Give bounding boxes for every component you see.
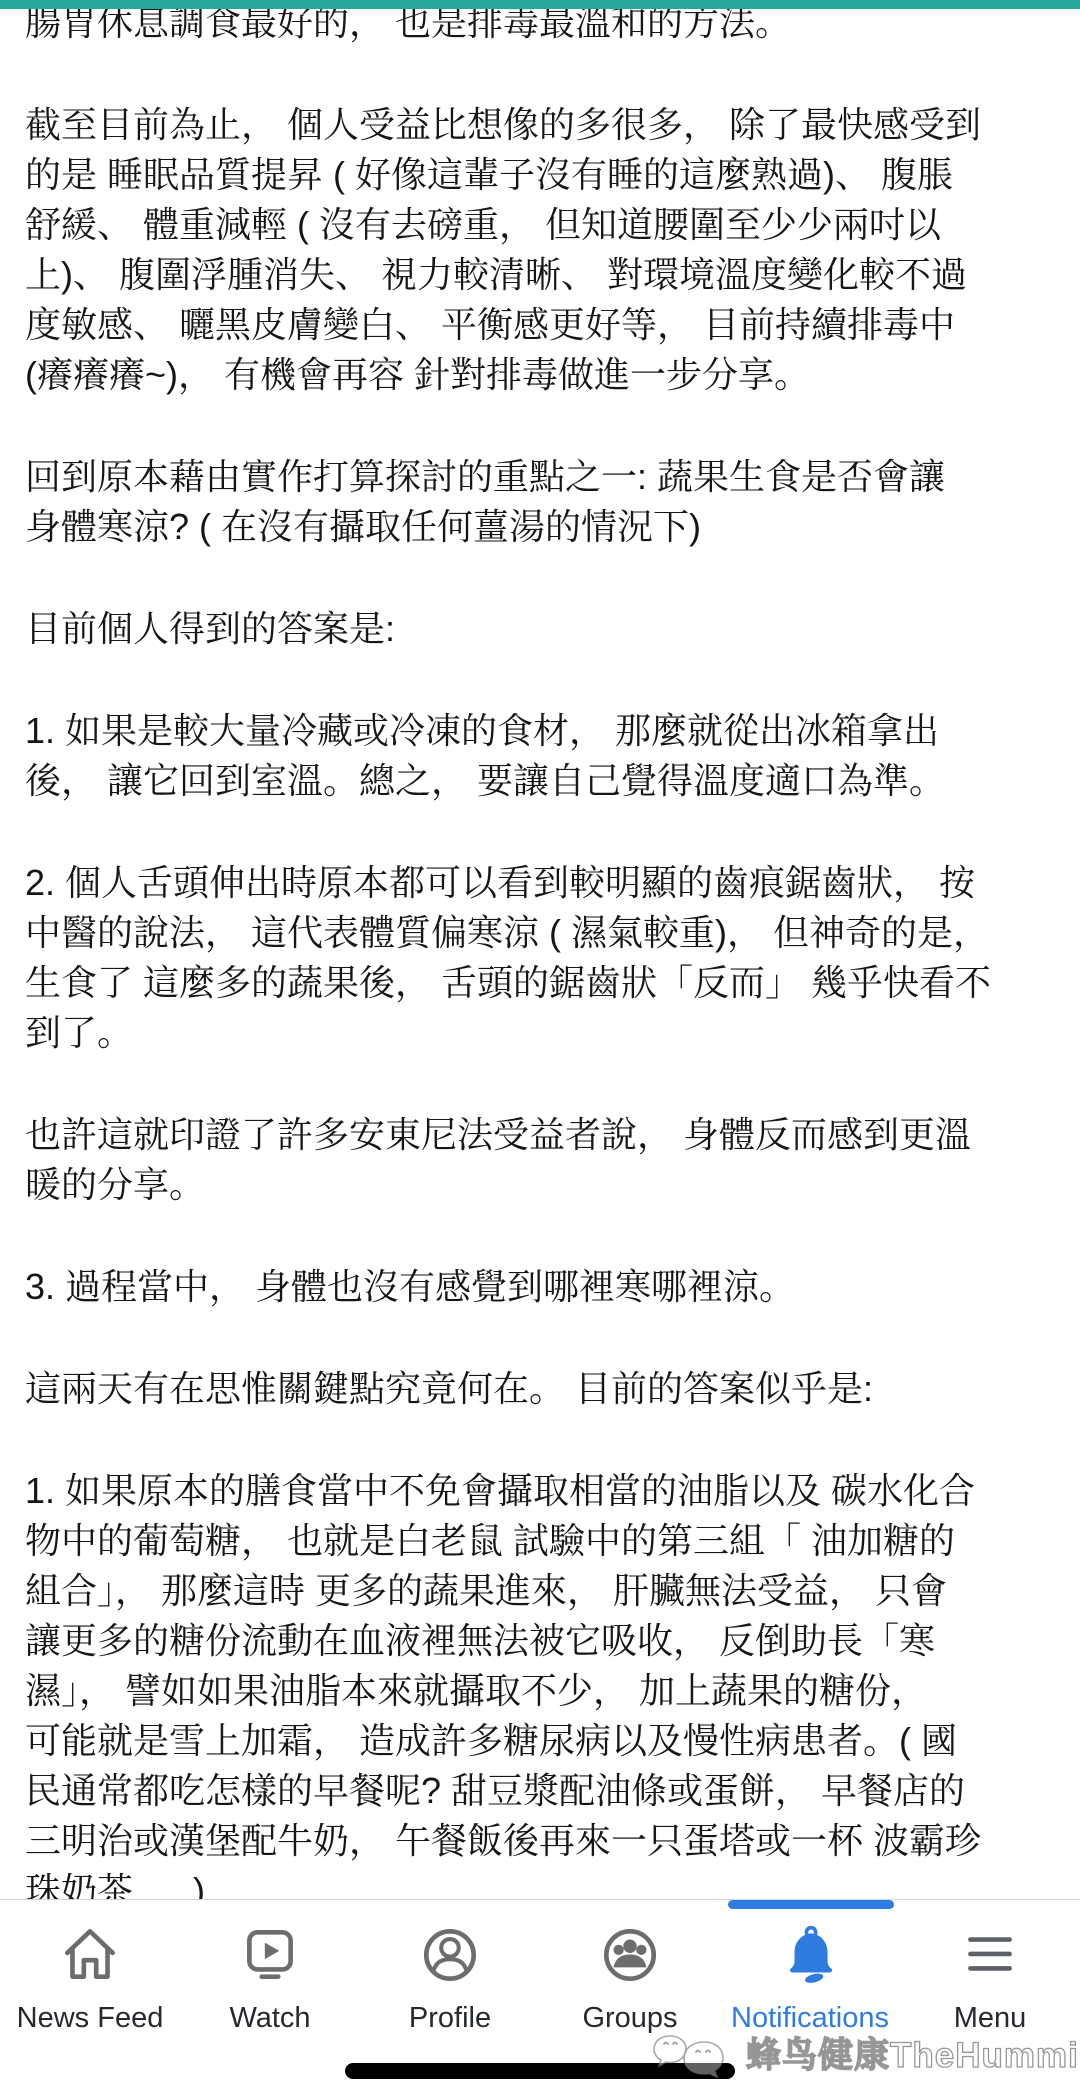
article-line: 回到原本藉由實作打算探討的重點之一: 蔬果生食是否會讓 xyxy=(25,452,1065,502)
article-line: 1. 如果原本的膳食當中不免會攝取相當的油脂以及 碳水化合 xyxy=(25,1466,1065,1516)
tab-groups[interactable]: Groups xyxy=(540,1900,720,2035)
article-line: 截至目前為止， 個人受益比想像的多很多， 除了最快感受到 xyxy=(25,100,1065,150)
article-line: 暖的分享。 xyxy=(25,1160,1065,1210)
home-indicator[interactable] xyxy=(345,2063,735,2079)
paragraph: 3. 過程當中， 身體也沒有感覺到哪裡寒哪裡涼。 xyxy=(25,1262,1065,1312)
article-line: 後， 讓它回到室溫。總之， 要讓自己覺得溫度適口為準。 xyxy=(25,756,1065,806)
article-line: 2. 個人舌頭伸出時原本都可以看到較明顯的齒痕鋸齒狀， 按 xyxy=(25,858,1065,908)
article-line: 濕」， 譬如如果油脂本來就攝取不少， 加上蔬果的糖份， xyxy=(25,1666,1065,1716)
paragraph: 1. 如果原本的膳食當中不免會攝取相當的油脂以及 碳水化合物中的葡萄糖， 也就是… xyxy=(25,1466,1065,1916)
groups-icon xyxy=(597,1922,663,1988)
paragraph: 1. 如果是較大量冷藏或冷凍的食材， 那麼就從出冰箱拿出後， 讓它回到室溫。總之… xyxy=(25,706,1065,806)
article-line: 的是 睡眠品質提昇 ( 好像這輩子沒有睡的這麼熟過)、 腹脹 xyxy=(25,150,1065,200)
tab-watch[interactable]: Watch xyxy=(180,1900,360,2035)
paragraph: 回到原本藉由實作打算探討的重點之一: 蔬果生食是否會讓身體寒涼? ( 在沒有攝取… xyxy=(25,452,1065,552)
article-line: 目前個人得到的答案是: xyxy=(25,604,1065,654)
paragraph: 目前個人得到的答案是: xyxy=(25,604,1065,654)
tab-menu[interactable]: Menu xyxy=(900,1900,1080,2035)
watch-icon xyxy=(237,1922,303,1988)
tab-label: Profile xyxy=(409,2002,491,2035)
article-line: (癢癢癢~)， 有機會再容 針對排毒做進一步分享。 xyxy=(25,350,1065,400)
profile-icon xyxy=(417,1922,483,1988)
bell-icon xyxy=(777,1922,843,1988)
article-line: 也許這就印證了許多安東尼法受益者說， 身體反而感到更溫 xyxy=(25,1110,1065,1160)
paragraph: 這兩天有在思惟關鍵點究竟何在。 目前的答案似乎是: xyxy=(25,1364,1065,1414)
home-icon xyxy=(57,1922,123,1988)
paragraph: 截至目前為止， 個人受益比想像的多很多， 除了最快感受到的是 睡眠品質提昇 ( … xyxy=(25,100,1065,400)
menu-icon xyxy=(957,1922,1023,1988)
tab-notifications[interactable]: Notifications xyxy=(720,1900,900,2035)
tab-label: Groups xyxy=(582,2002,677,2035)
article-line: 物中的葡萄糖， 也就是白老鼠 試驗中的第三組「 油加糖的 xyxy=(25,1516,1065,1566)
article-line: 中醫的說法， 這代表體質偏寒涼 ( 濕氣較重)， 但神奇的是， xyxy=(25,908,1065,958)
article-line: 到了。 xyxy=(25,1008,1065,1058)
tab-news-feed[interactable]: News Feed xyxy=(0,1900,180,2035)
article-line: 可能就是雪上加霜， 造成許多糖尿病以及慢性病患者。( 國 xyxy=(25,1716,1065,1766)
article-line: 這兩天有在思惟關鍵點究竟何在。 目前的答案似乎是: xyxy=(25,1364,1065,1414)
tab-profile[interactable]: Profile xyxy=(360,1900,540,2035)
article-line: 身體寒涼? ( 在沒有攝取任何薑湯的情況下) xyxy=(25,502,1065,552)
tab-label: Notifications xyxy=(731,2002,889,2035)
article-line: 讓更多的糖份流動在血液裡無法被它吸收， 反倒助長「寒 xyxy=(25,1616,1065,1666)
tab-label: Menu xyxy=(954,2002,1027,2035)
article-line: 3. 過程當中， 身體也沒有感覺到哪裡寒哪裡涼。 xyxy=(25,1262,1065,1312)
paragraph: 2. 個人舌頭伸出時原本都可以看到較明顯的齒痕鋸齒狀， 按中醫的說法， 這代表體… xyxy=(25,858,1065,1058)
top-accent-bar xyxy=(0,0,1080,9)
article-line: 舒緩、 體重減輕 ( 沒有去磅重， 但知道腰圍至少少兩吋以 xyxy=(25,200,1065,250)
article: 腸胃休息調食最好的， 也是排毒最溫和的方法。截至目前為止， 個人受益比想像的多很… xyxy=(25,0,1065,1968)
tab-label: Watch xyxy=(229,2002,310,2035)
article-line: 上)、 腹圍浮腫消失、 視力較清晰、 對環境溫度變化較不過 xyxy=(25,250,1065,300)
article-line: 組合」， 那麼這時 更多的蔬果進來， 肝臟無法受益， 只會 xyxy=(25,1566,1065,1616)
paragraph: 也許這就印證了許多安東尼法受益者說， 身體反而感到更溫暖的分享。 xyxy=(25,1110,1065,1210)
tab-label: News Feed xyxy=(17,2002,164,2035)
article-line: 三明治或漢堡配牛奶， 午餐飯後再來一只蛋塔或一杯 波霸珍 xyxy=(25,1816,1065,1866)
article-line: 1. 如果是較大量冷藏或冷凍的食材， 那麼就從出冰箱拿出 xyxy=(25,706,1065,756)
article-line: 度敏感、 曬黑皮膚變白、 平衡感更好等， 目前持續排毒中 xyxy=(25,300,1065,350)
article-line: 民通常都吃怎樣的早餐呢? 甜豆漿配油條或蛋餅， 早餐店的 xyxy=(25,1766,1065,1816)
article-line: 生食了 這麼多的蔬果後， 舌頭的鋸齒狀「反而」 幾乎快看不 xyxy=(25,958,1065,1008)
active-tab-indicator xyxy=(728,1900,894,1909)
